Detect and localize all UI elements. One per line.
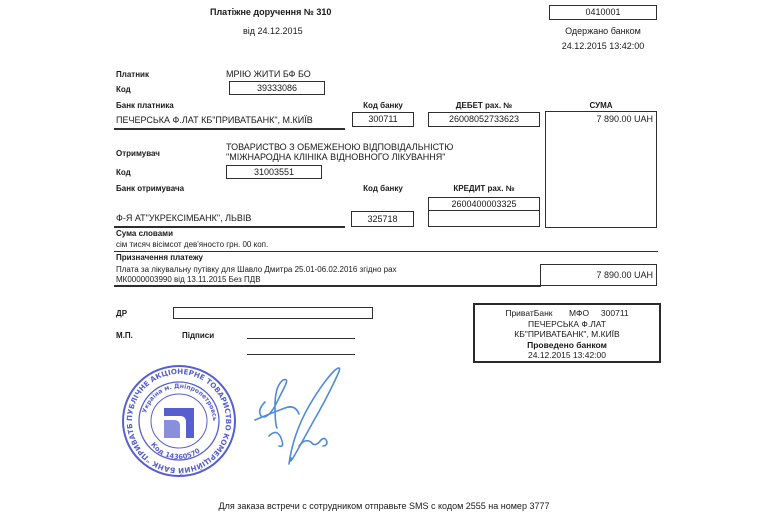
mp-label: М.П. (116, 331, 133, 340)
recipient-label: Отримувач (116, 149, 160, 158)
form-code: 0410001 (585, 8, 620, 17)
stamp-line2: ПЕЧЕРСЬКА Ф.ЛАТ (475, 319, 659, 330)
amount-words: сім тисяч вісімсот дев'яносто грн. 00 ко… (116, 240, 268, 249)
payer-code-box: 39333086 (229, 81, 325, 95)
dr-label: ДР (116, 309, 127, 318)
signature-line-2 (247, 354, 355, 355)
debit-account: 26008052733623 (449, 115, 519, 124)
credit-account-box: 2600400003325 (428, 197, 540, 211)
stamp-mfo-label: МФО (569, 308, 589, 318)
payer-bank-code-box: 300711 (352, 112, 414, 127)
recipient-bank-name: Ф-Я АТ"УКРЕКСІМБАНК", ЛЬВІВ (116, 213, 251, 223)
debit-account-box: 26008052733623 (428, 112, 540, 127)
payer-code-label: Код (116, 85, 131, 94)
purpose-underline (114, 285, 541, 287)
sms-note: Для заказа встречи с сотрудником отправь… (0, 501, 768, 511)
purpose-text: Плата за лікувальну путівку для Шавло Дм… (116, 265, 397, 285)
payer-bank-underline (114, 128, 345, 130)
recipient-code-label: Код (116, 168, 131, 177)
signatures-label: Підписи (182, 331, 214, 340)
recipient-bank-underline (114, 226, 345, 228)
payer-bank-code: 300711 (368, 115, 397, 124)
purpose-line2: МК0000003990 від 13.11.2015 Без ПДВ (116, 275, 397, 285)
recipient-name-line2: "МІЖНАРОДНА КЛІНІКА ВІДНОВНОГО ЛІКУВАННЯ… (226, 152, 453, 162)
purpose-amount: 7 890.00 UAH (596, 271, 653, 280)
credit-account: 2600400003325 (451, 200, 516, 209)
debit-label: ДЕБЕТ рах. № (428, 101, 540, 110)
stamp-mfo: 300711 (601, 308, 629, 318)
amount-value: 7 890.00 UAH (596, 115, 653, 124)
payer-name: МРІЮ ЖИТИ БФ БО (226, 69, 311, 79)
bank-processing-stamp: ПриватБанк МФО 300711 ПЕЧЕРСЬКА Ф.ЛАТ КБ… (473, 303, 661, 363)
payer-bank-label: Банк платника (116, 101, 174, 110)
recipient-name: ТОВАРИСТВО З ОБМЕЖЕНОЮ ВІДПОВІДАЛЬНІСТЮ … (226, 142, 453, 162)
recipient-code: 31003551 (254, 168, 294, 177)
amount-box: 7 890.00 UAH (545, 111, 657, 228)
credit-account-empty-box (428, 210, 540, 227)
signature-line-1 (247, 338, 355, 339)
credit-label: КРЕДИТ рах. № (428, 184, 540, 193)
amount-words-divider (114, 251, 658, 252)
recipient-name-line1: ТОВАРИСТВО З ОБМЕЖЕНОЮ ВІДПОВІДАЛЬНІСТЮ (226, 142, 453, 152)
received-label: Одержано банком (540, 26, 666, 36)
stamp-line3: КБ"ПРИВАТБАНК", М.КИЇВ (475, 329, 659, 340)
stamp-line5: 24.12.2015 13:42:00 (475, 350, 659, 361)
document-date: від 24.12.2015 (243, 26, 303, 36)
recipient-bank-code-label: Код банку (350, 184, 416, 193)
document-title: Платіжне доручення № 310 (210, 7, 331, 17)
form-code-box: 0410001 (549, 5, 657, 20)
recipient-code-box: 31003551 (226, 165, 322, 179)
recipient-bank-label: Банк отримувача (116, 184, 184, 193)
dr-field (173, 307, 373, 319)
payer-bank-code-label: Код банку (352, 101, 414, 110)
recipient-bank-code-box: 325718 (351, 211, 414, 227)
recipient-bank-code: 325718 (367, 215, 397, 224)
bank-seal-icon: ПУБЛІЧНЕ АКЦІОНЕРНЕ ТОВАРИСТВО КОМЕРЦІЙН… (120, 362, 238, 480)
stamp-bank-name: ПриватБанк (505, 308, 552, 318)
amount-label: СУМА (545, 101, 657, 110)
purpose-line1: Плата за лікувальну путівку для Шавло Дм… (116, 265, 397, 275)
received-datetime: 24.12.2015 13:42:00 (540, 41, 666, 51)
handwritten-signature-icon (245, 362, 360, 472)
payer-label: Платник (116, 70, 149, 79)
payer-bank-name: ПЕЧЕРСЬКА Ф.ЛАТ КБ"ПРИВАТБАНК", М.КИЇВ (116, 115, 313, 125)
purpose-label: Призначення платежу (116, 253, 203, 262)
amount-words-label: Сума словами (116, 229, 173, 238)
purpose-amount-box: 7 890.00 UAH (540, 264, 657, 286)
stamp-line4: Проведено банком (475, 340, 659, 351)
payer-code: 39333086 (257, 84, 297, 93)
stamp-line1: ПриватБанк МФО 300711 (475, 308, 659, 319)
